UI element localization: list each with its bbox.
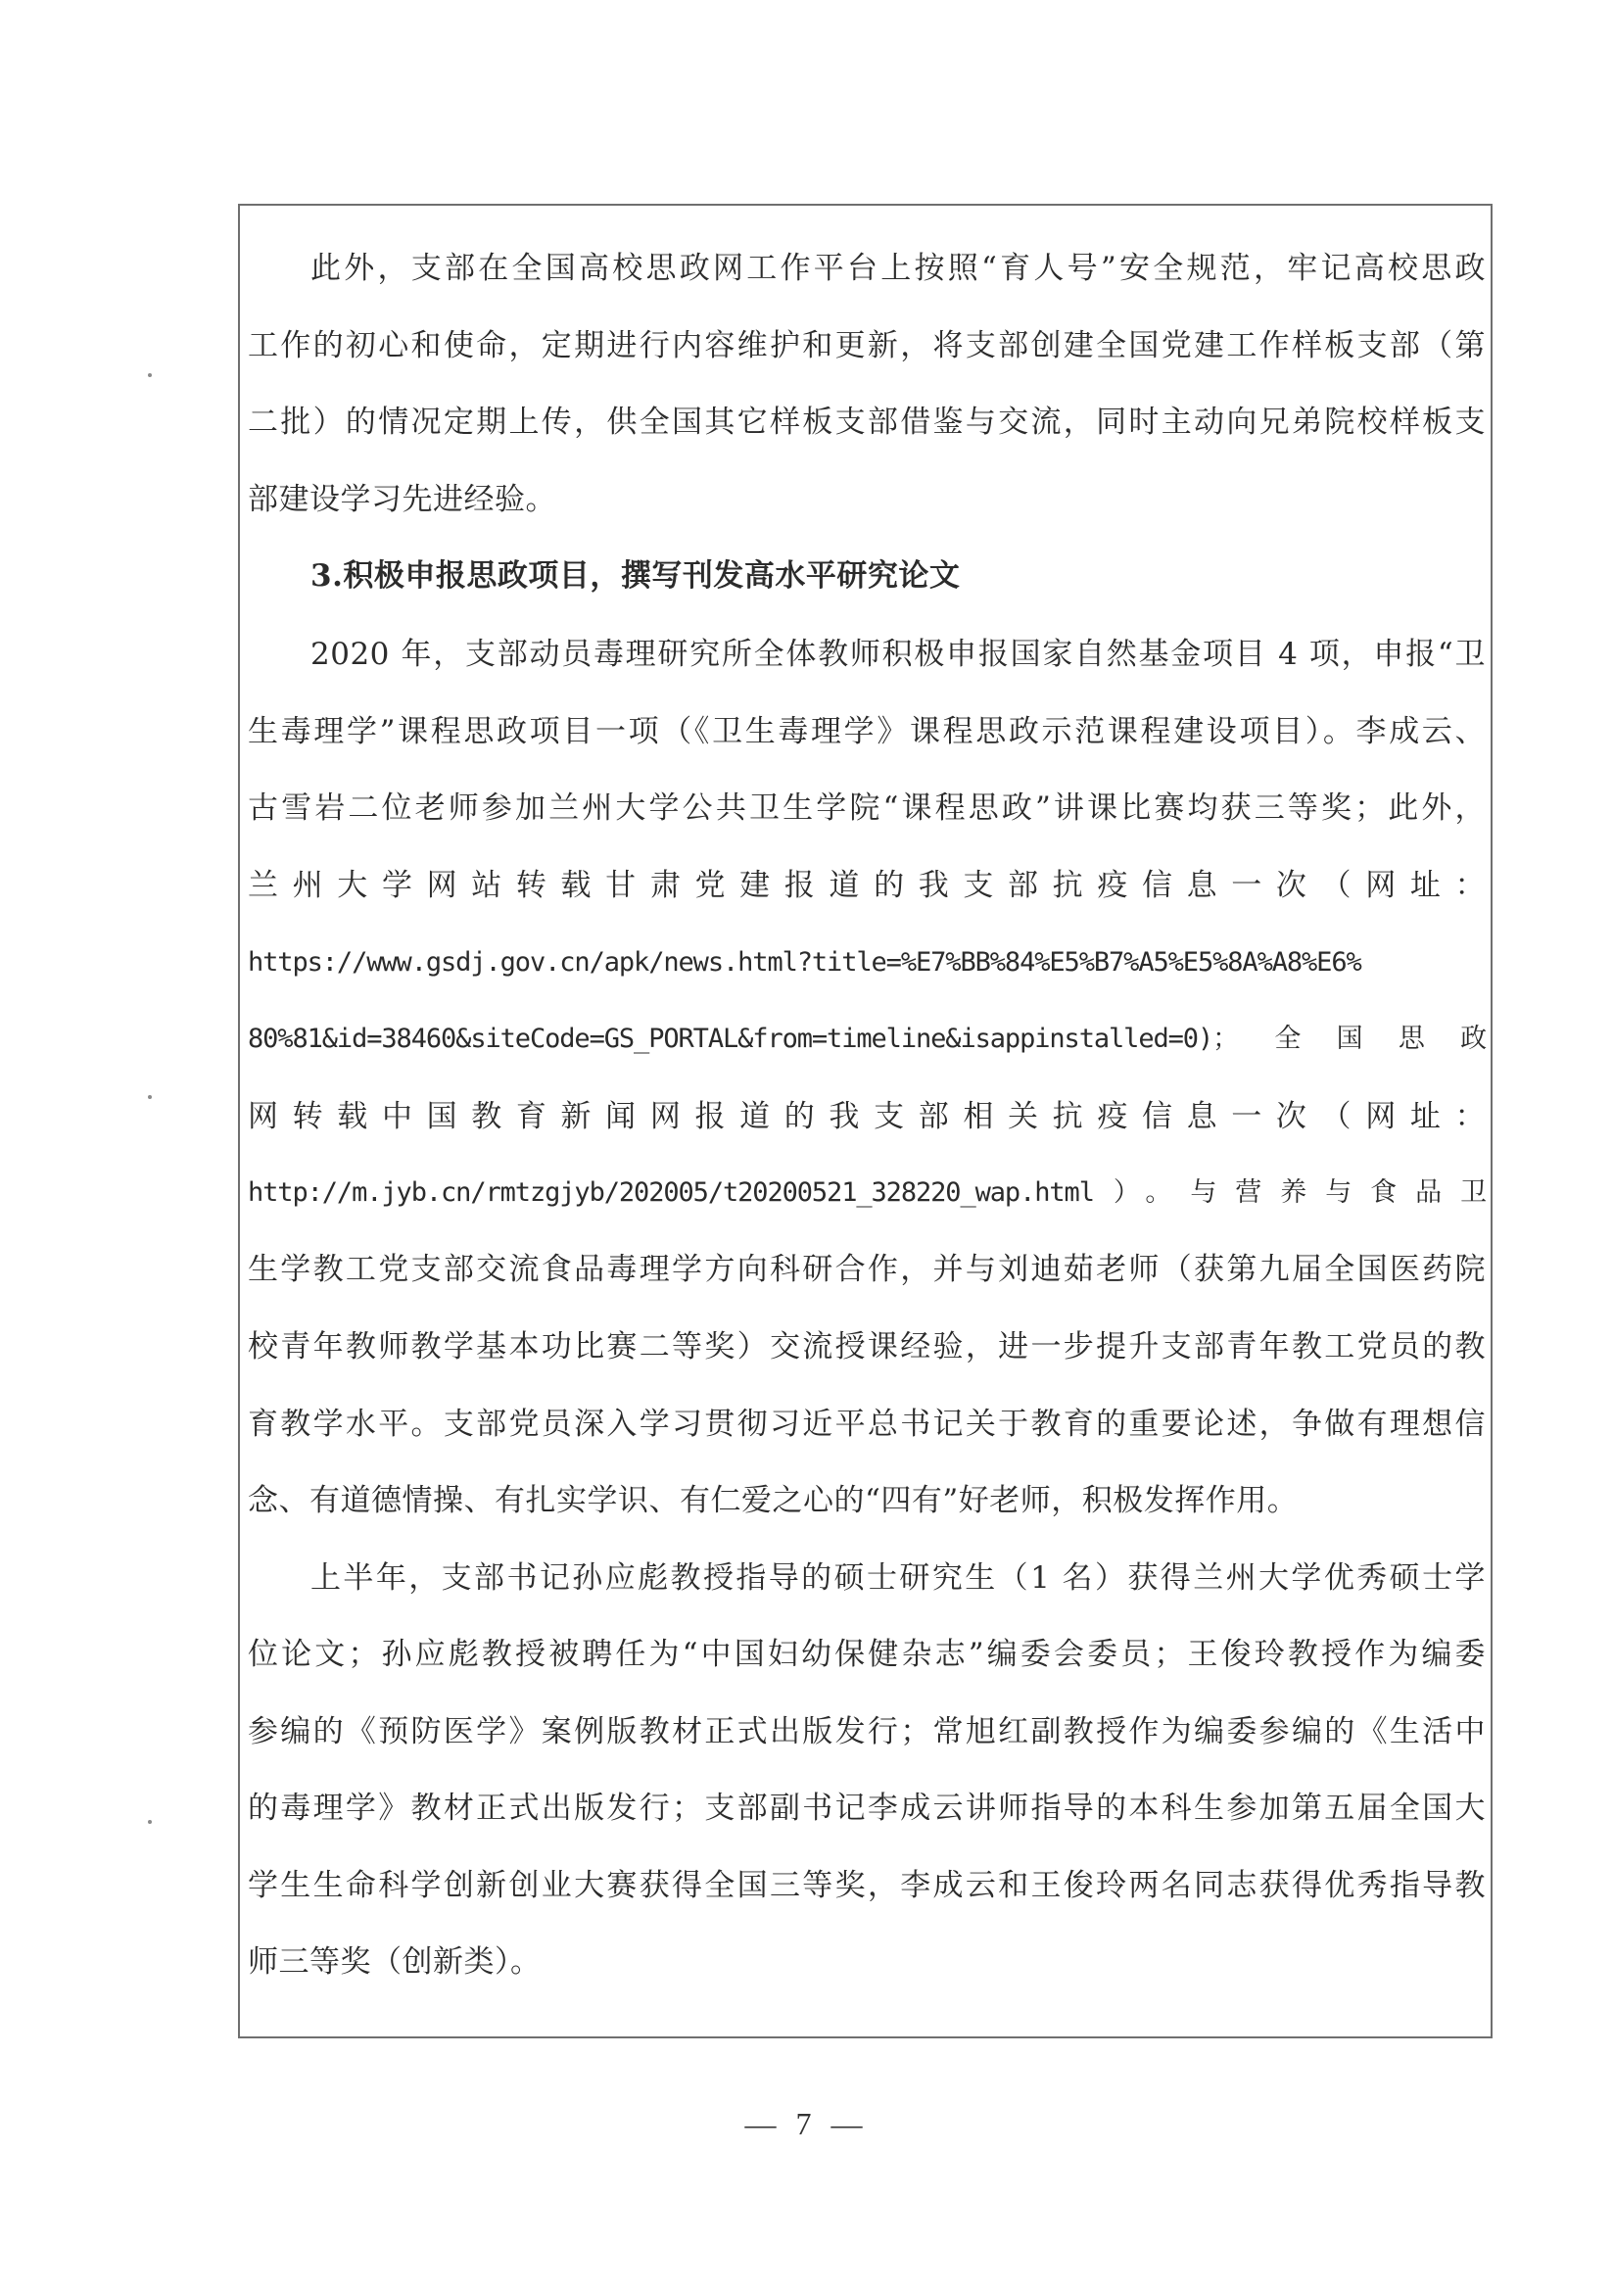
paragraph-line: 兰州大学网站转载甘肃党建报道的我支部抗疫信息一次（网址： [248, 864, 1486, 907]
page-number: — 7 — [0, 2106, 1613, 2142]
url-text-line: http://m.jyb.cn/rmtzgjyb/202005/t2020052… [248, 1172, 1486, 1215]
paragraph-line: 工作的初心和使命，定期进行内容维护和更新，将支部创建全国党建工作样板支部（第 [248, 324, 1486, 367]
paragraph-line: 2020 年，支部动员毒理研究所全体教师积极申报国家自然基金项目 4 项，申报“… [310, 633, 1486, 676]
paragraph-line: 育教学水平。支部党员深入学习贯彻习近平总书记关于教育的重要论述，争做有理想信 [248, 1403, 1486, 1446]
paragraph-line: 的毒理学》教材正式出版发行；支部副书记李成云讲师指导的本科生参加第五届全国大 [248, 1787, 1486, 1830]
paragraph-line: 古雪岩二位老师参加兰州大学公共卫生学院“课程思政”讲课比赛均获三等奖；此外， [248, 787, 1486, 830]
section-heading: 3.积极申报思政项目，撰写刊发高水平研究论文 [310, 554, 1486, 598]
binding-hole-mark [148, 1820, 152, 1824]
paragraph-line: 念、有道德情操、有扎实学识、有仁爱之心的“四有”好老师，积极发挥作用。 [248, 1479, 1486, 1522]
paragraph-line: 二批）的情况定期上传，供全国其它样板支部借鉴与交流，同时主动向兄弟院校样板支 [248, 401, 1486, 444]
paragraph-line: 生毒理学”课程思政项目一项（《卫生毒理学》课程思政示范课程建设项目）。李成云、 [248, 710, 1486, 753]
url-text-line: 80%81&id=38460&siteCode=GS_PORTAL&from=t… [248, 1018, 1486, 1061]
binding-hole-mark [148, 1095, 152, 1099]
paragraph-line: 学生生命科学创新创业大赛获得全国三等奖，李成云和王俊玲两名同志获得优秀指导教 [248, 1864, 1486, 1907]
paragraph-line: 生学教工党支部交流食品毒理学方向科研合作，并与刘迪茹老师（获第九届全国医药院 [248, 1248, 1486, 1291]
paragraph-line: 上半年，支部书记孙应彪教授指导的硕士研究生（1 名）获得兰州大学优秀硕士学 [310, 1556, 1486, 1600]
bordered-content-box: 此外，支部在全国高校思政网工作平台上按照“育人号”安全规范，牢记高校思政 工作的… [238, 204, 1493, 2038]
paragraph-line: 部建设学习先进经验。 [248, 478, 1486, 521]
paragraph-line: 网转载中国教育新闻网报道的我支部相关抗疫信息一次（网址： [248, 1095, 1486, 1138]
binding-hole-mark [148, 373, 152, 377]
paragraph-line: 此外，支部在全国高校思政网工作平台上按照“育人号”安全规范，牢记高校思政 [310, 247, 1486, 290]
url-text-line: https://www.gsdj.gov.cn/apk/news.html?ti… [248, 941, 1486, 984]
paragraph-line: 位论文；孙应彪教授被聘任为“中国妇幼保健杂志”编委会委员；王俊玲教授作为编委 [248, 1633, 1486, 1676]
paragraph-line: 校青年教师教学基本功比赛二等奖）交流授课经验，进一步提升支部青年教工党员的教 [248, 1325, 1486, 1368]
paragraph-line: 参编的《预防医学》案例版教材正式出版发行；常旭红副教授作为编委参编的《生活中 [248, 1710, 1486, 1753]
paragraph-line: 师三等奖（创新类）。 [248, 1940, 1486, 1984]
